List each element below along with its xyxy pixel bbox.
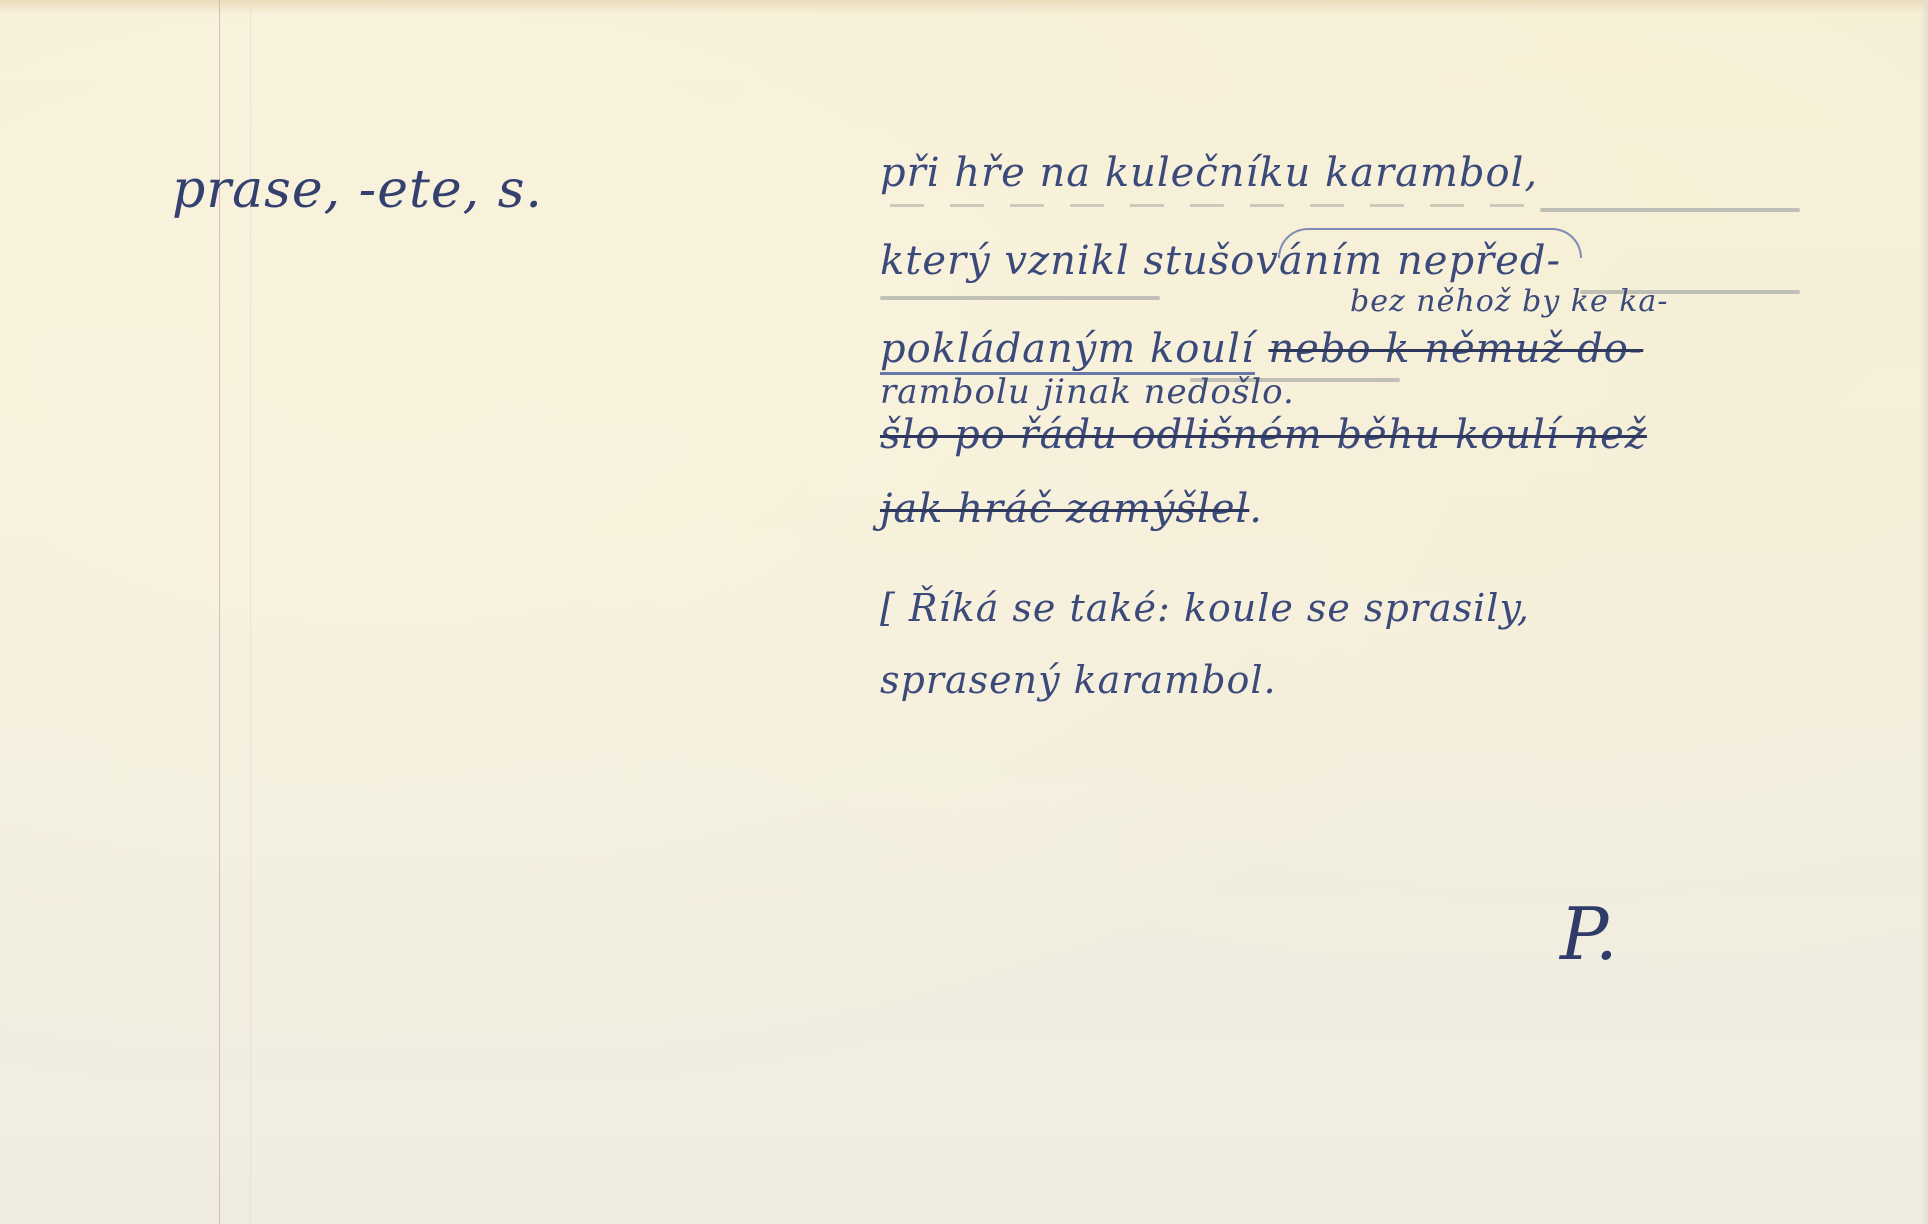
card-right-edge <box>1920 0 1928 1224</box>
pencil-underline-karambol <box>1540 208 1800 212</box>
headword: prase, -ete, s. <box>172 160 543 220</box>
struck-text: nebo k němuž do- <box>1268 326 1643 372</box>
index-card: prase, -ete, s. při hře na kulečníku kar… <box>0 0 1928 1224</box>
struck-text: jak hráč zamýšlel <box>880 486 1249 532</box>
definition-line-4: rambolu jinak nedošlo. <box>880 372 1295 412</box>
definition-line-1: při hře na kulečníku karambol, <box>880 150 1538 196</box>
inserted-text: bez něhož by ke ka- <box>1350 284 1668 319</box>
signature: P. <box>1560 892 1619 976</box>
card-top-edge <box>0 0 1928 14</box>
definition-line-2: který vznikl stušováním nepřed- <box>880 238 1561 284</box>
definition-line-5-struck: šlo po řádu odlišném běhu koulí než <box>880 412 1647 458</box>
pencil-underline-dashed <box>890 204 1530 207</box>
period: . <box>1249 486 1263 532</box>
definition-line-6: jak hráč zamýšlel. <box>880 486 1263 532</box>
pencil-underline <box>880 296 1160 300</box>
note-line-2: sprasený karambol. <box>880 658 1277 702</box>
definition-line-3: pokládaným koulí nebo k němuž do- <box>880 326 1643 372</box>
note-line-1: [ Říká se také: koule se sprasily, <box>880 586 1530 630</box>
underlined-word: pokládaným koulí <box>880 326 1255 375</box>
